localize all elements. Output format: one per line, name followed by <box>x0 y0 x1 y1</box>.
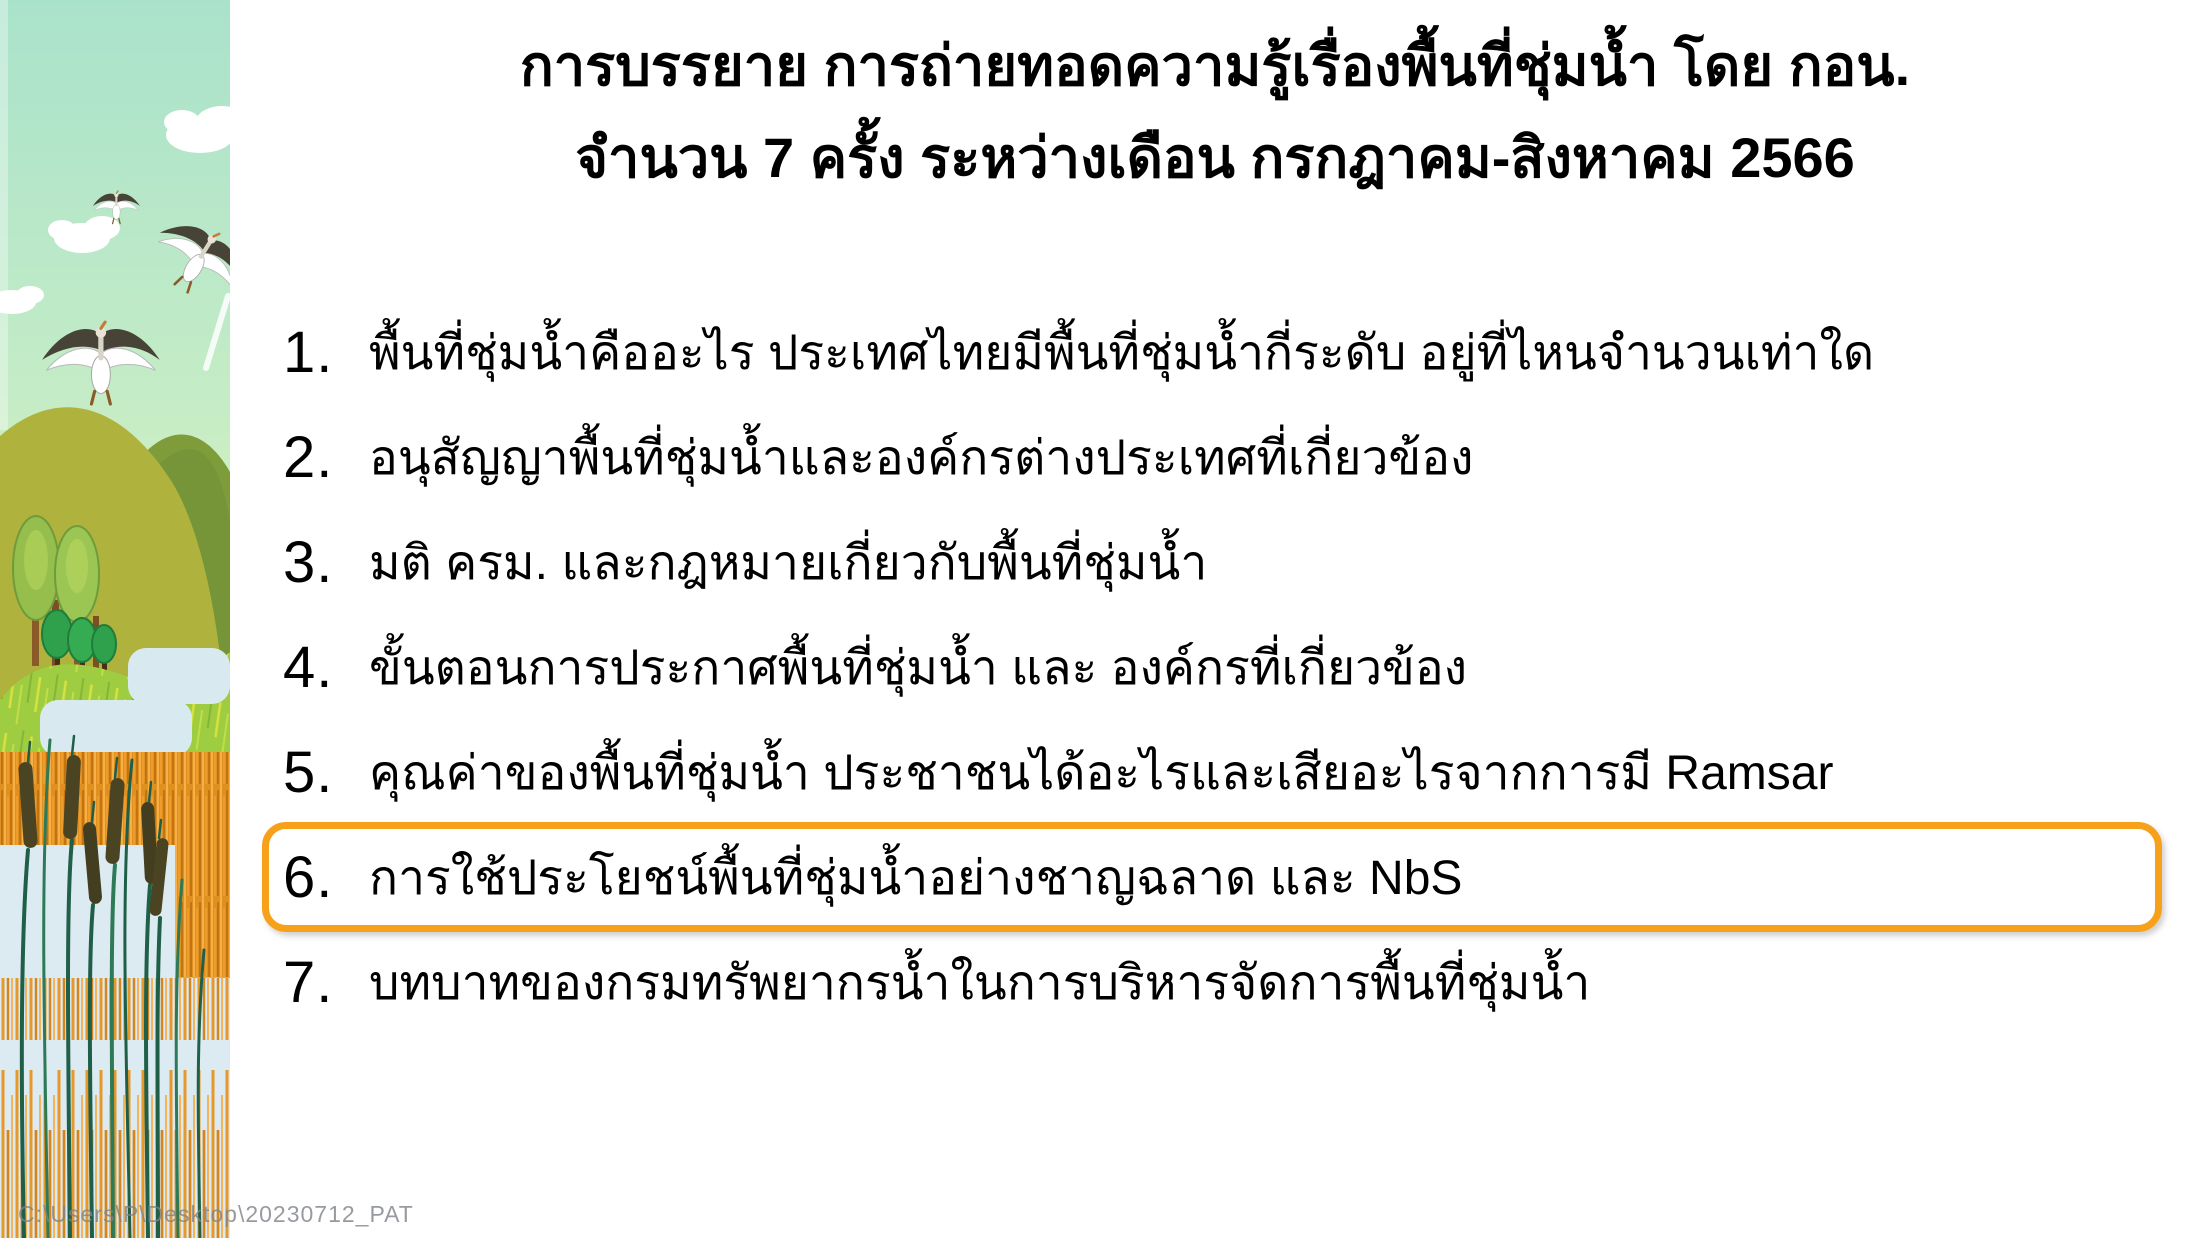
wetland-illustration-svg <box>0 0 230 1238</box>
list-item-number: 6. <box>283 844 369 911</box>
list-item-text: มติ ครม. และกฎหมายเกี่ยวกับพื้นที่ชุ่มน้… <box>369 525 1207 601</box>
list-item-number: 2. <box>283 424 369 491</box>
pond <box>40 700 192 756</box>
list-item-number: 5. <box>283 739 369 806</box>
list-item: 2. อนุสัญญาพื้นที่ชุ่มน้ำและองค์กรต่างปร… <box>283 405 2170 510</box>
slide-title-line2: จำนวน 7 ครั้ง ระหว่างเดือน กรกฎาคม-สิงหา… <box>240 112 2190 204</box>
list-item-number: 3. <box>283 529 369 596</box>
list-item: 4. ขั้นตอนการประกาศพื้นที่ชุ่มน้ำ และ อง… <box>283 615 2170 720</box>
list-item: 5. คุณค่าของพื้นที่ชุ่มน้ำ ประชาชนได้อะไ… <box>283 720 2170 825</box>
list-item-text: ขั้นตอนการประกาศพื้นที่ชุ่มน้ำ และ องค์ก… <box>369 630 1467 706</box>
list-item-text: คุณค่าของพื้นที่ชุ่มน้ำ ประชาชนได้อะไรแล… <box>369 735 1833 811</box>
wetland-illustration <box>0 0 230 1238</box>
slide-title-line1: การบรรยาย การถ่ายทอดความรู้เรื่องพื้นที่… <box>240 20 2190 112</box>
list-item-number: 4. <box>283 634 369 701</box>
list-item-text: การใช้ประโยชน์พื้นที่ชุ่มน้ำอย่างชาญฉลาด… <box>369 840 1462 916</box>
list-item-text: พื้นที่ชุ่มน้ำคืออะไร ประเทศไทยมีพื้นที่… <box>369 315 1874 391</box>
watermark-text: C:\Users\P\Desktop\20230712_PAT <box>18 1201 414 1228</box>
list-item-highlighted: 6. การใช้ประโยชน์พื้นที่ชุ่มน้ำอย่างชาญฉ… <box>283 825 2170 930</box>
list-item-text: บทบาทของกรมทรัพยากรน้ำในการบริหารจัดการพ… <box>369 945 1590 1021</box>
presentation-slide: การบรรยาย การถ่ายทอดความรู้เรื่องพื้นที่… <box>0 0 2200 1238</box>
list-item: 1. พื้นที่ชุ่มน้ำคืออะไร ประเทศไทยมีพื้น… <box>283 300 2170 405</box>
list-item: 7. บทบาทของกรมทรัพยากรน้ำในการบริหารจัดก… <box>283 930 2170 1035</box>
agenda-list: 1. พื้นที่ชุ่มน้ำคืออะไร ประเทศไทยมีพื้น… <box>283 300 2170 1035</box>
pond <box>128 648 230 704</box>
list-item-text: อนุสัญญาพื้นที่ชุ่มน้ำและองค์กรต่างประเท… <box>369 420 1474 496</box>
list-item-number: 7. <box>283 949 369 1016</box>
list-item: 3. มติ ครม. และกฎหมายเกี่ยวกับพื้นที่ชุ่… <box>283 510 2170 615</box>
slide-title: การบรรยาย การถ่ายทอดความรู้เรื่องพื้นที่… <box>240 20 2190 204</box>
list-item-number: 1. <box>283 319 369 386</box>
